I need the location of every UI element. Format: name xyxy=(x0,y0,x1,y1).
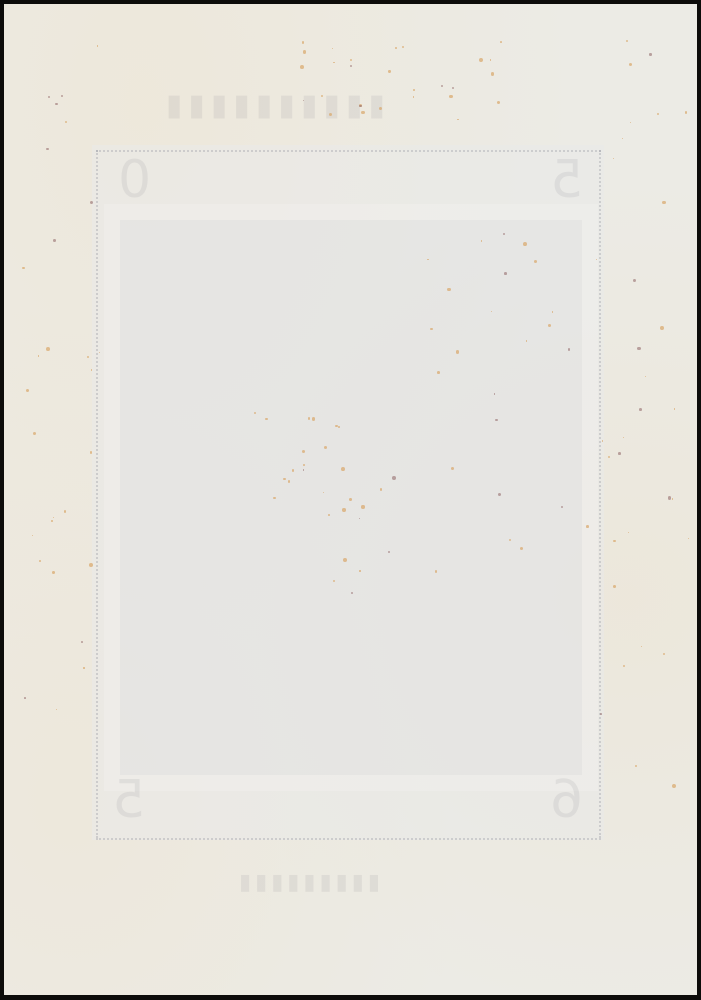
foxing-spot xyxy=(441,85,443,87)
foxing-spot xyxy=(548,324,551,327)
foxing-spot xyxy=(83,667,84,668)
foxing-spot xyxy=(586,525,589,528)
foxing-spot xyxy=(639,408,642,411)
foxing-spot xyxy=(495,419,497,421)
ghost-numeral-top-right: 5 xyxy=(550,150,583,210)
foxing-spot xyxy=(626,40,628,42)
foxing-spot xyxy=(90,451,92,453)
foxing-spot xyxy=(526,340,528,342)
foxing-spot xyxy=(359,570,360,571)
foxing-spot xyxy=(618,452,621,455)
ghost-numeral-bottom-right: 6 xyxy=(550,770,583,830)
foxing-spot xyxy=(343,558,347,562)
foxing-spot xyxy=(53,517,54,518)
foxing-spot xyxy=(46,347,50,351)
perforation-right xyxy=(599,150,601,838)
foxing-spot xyxy=(64,510,66,512)
foxing-spot xyxy=(645,376,646,377)
foxing-spot xyxy=(520,547,523,550)
foxing-spot xyxy=(51,520,53,522)
foxing-spot xyxy=(328,514,330,516)
foxing-spot xyxy=(635,765,637,767)
ghost-numeral-top-left: 0 xyxy=(118,150,151,210)
foxing-spot xyxy=(649,53,651,55)
perforation-left xyxy=(96,150,98,838)
foxing-spot xyxy=(552,311,554,313)
foxing-spot xyxy=(46,148,49,151)
foxing-spot xyxy=(361,505,364,508)
foxing-spot xyxy=(498,493,501,496)
foxing-spot xyxy=(523,242,527,246)
foxing-spot xyxy=(494,393,495,394)
foxing-spot xyxy=(413,96,414,97)
foxing-spot xyxy=(341,467,345,471)
foxing-spot xyxy=(568,348,570,350)
foxing-spot xyxy=(81,641,83,643)
foxing-spot xyxy=(380,488,382,490)
foxing-spot xyxy=(323,492,324,493)
foxing-spot xyxy=(283,478,285,480)
foxing-spot xyxy=(427,259,429,261)
foxing-spot xyxy=(413,89,415,91)
perforation-top xyxy=(96,150,601,152)
ghost-caption-text: ▮▮▮▮▮▮▮▮▮ xyxy=(235,870,380,895)
foxing-spot xyxy=(22,267,25,270)
foxing-spot xyxy=(361,111,365,115)
foxing-spot xyxy=(491,72,495,76)
foxing-spot xyxy=(303,464,305,466)
foxing-spot xyxy=(329,113,332,116)
foxing-spot xyxy=(641,646,642,647)
foxing-spot xyxy=(392,476,396,480)
foxing-spot xyxy=(660,326,664,330)
foxing-spot xyxy=(561,506,563,508)
foxing-spot xyxy=(89,563,93,567)
foxing-spot xyxy=(52,571,55,574)
foxing-spot xyxy=(622,138,623,139)
foxing-spot xyxy=(479,58,483,62)
foxing-spot xyxy=(342,508,345,511)
foxing-spot xyxy=(447,288,450,291)
foxing-spot xyxy=(303,100,304,101)
ghost-numeral-bottom-left: 5 xyxy=(112,770,145,830)
foxing-spot xyxy=(312,417,315,420)
foxing-spot xyxy=(33,432,36,435)
foxing-spot xyxy=(451,467,454,470)
foxing-spot xyxy=(672,498,674,500)
foxing-spot xyxy=(338,426,340,428)
foxing-spot xyxy=(668,496,672,500)
foxing-spot xyxy=(288,480,290,482)
foxing-spot xyxy=(349,498,352,501)
foxing-spot xyxy=(321,95,323,97)
foxing-spot xyxy=(303,50,306,53)
foxing-spot xyxy=(90,201,93,204)
perforation-bottom xyxy=(96,838,601,840)
foxing-spot xyxy=(39,560,41,562)
ghost-title-text: ▮▮▮▮▮▮▮▮▮▮ xyxy=(160,88,385,123)
foxing-spot xyxy=(630,122,631,123)
foxing-spot xyxy=(303,469,304,470)
foxing-spot xyxy=(359,518,360,519)
foxing-spot xyxy=(395,47,397,49)
foxing-spot xyxy=(500,41,502,43)
foxing-spot xyxy=(53,239,56,242)
foxing-spot xyxy=(24,697,26,699)
foxing-spot xyxy=(388,70,390,72)
foxing-spot xyxy=(504,272,507,275)
foxing-spot xyxy=(456,350,459,353)
foxing-spot xyxy=(273,497,275,499)
foxing-spot xyxy=(48,96,50,98)
foxing-spot xyxy=(613,585,616,588)
foxing-spot xyxy=(600,713,602,715)
